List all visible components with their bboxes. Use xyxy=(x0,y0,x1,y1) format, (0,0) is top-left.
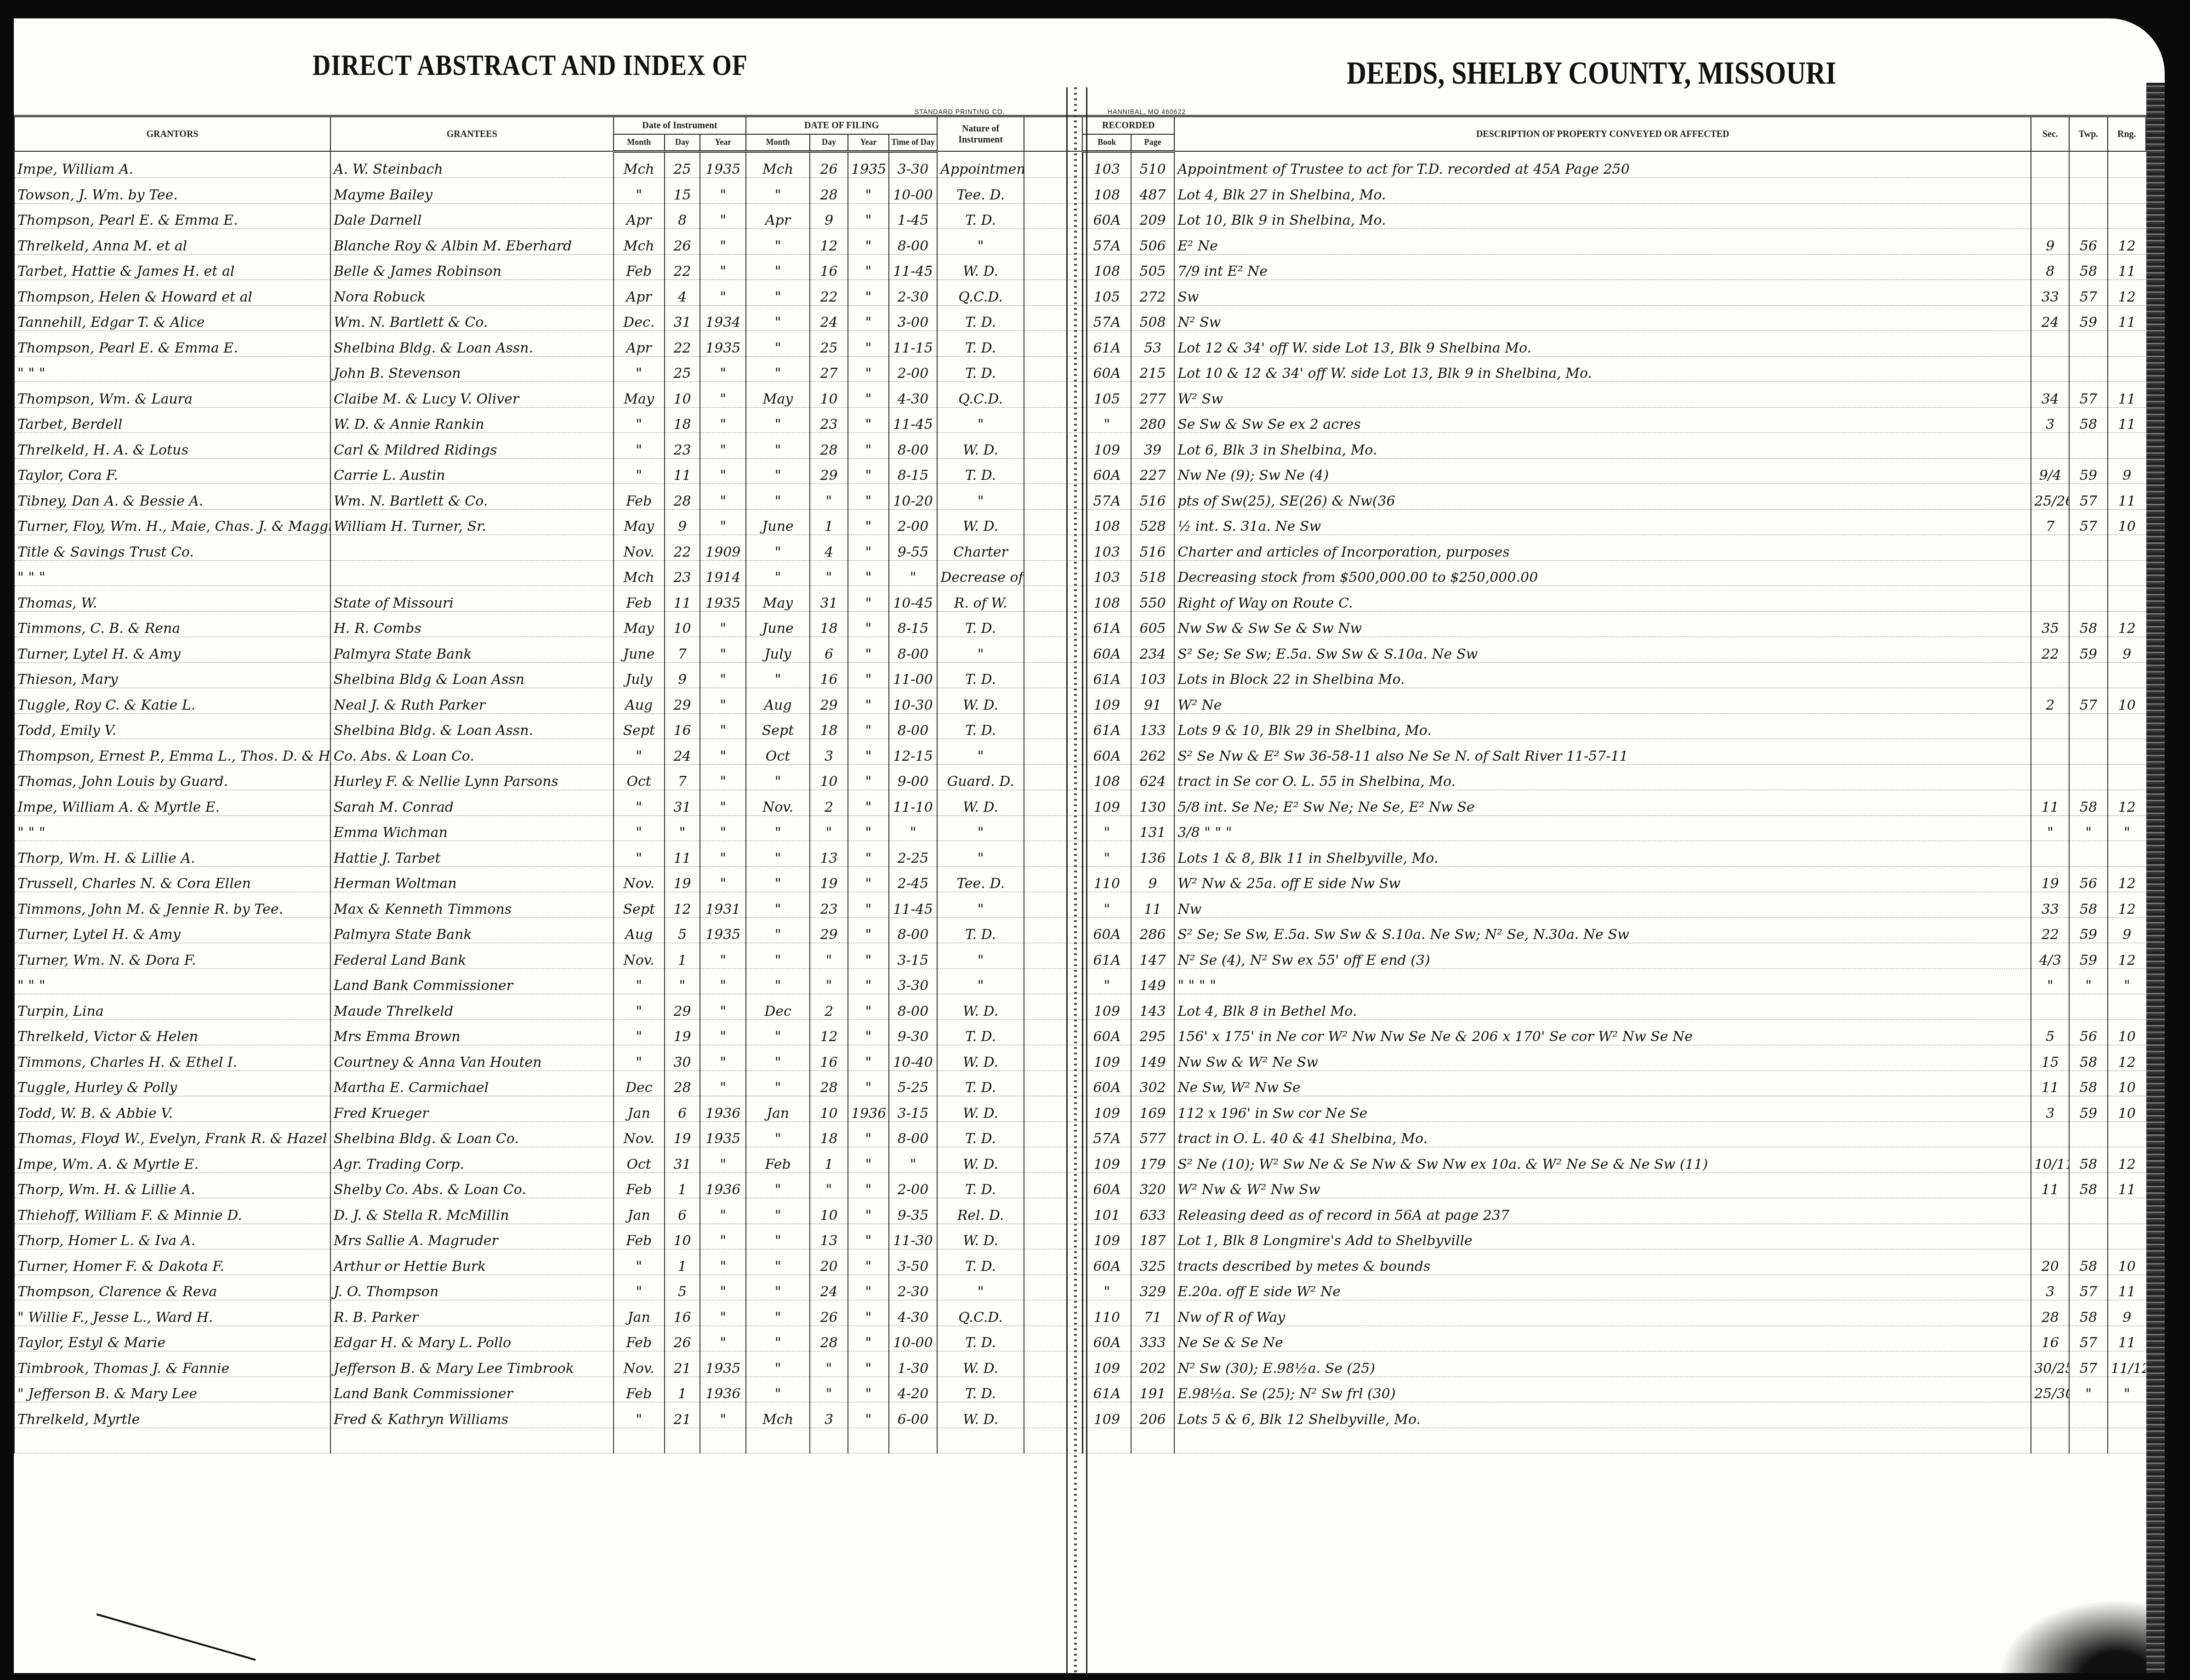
filing-day-cell: 23 xyxy=(810,892,848,918)
range-cell: 11 xyxy=(2108,1326,2146,1351)
grantor-cell: Turner, Lytel H. & Amy xyxy=(14,637,330,663)
filing-year-cell: " xyxy=(848,1326,889,1351)
instrument-day-cell: 15 xyxy=(665,178,700,204)
grantee-cell: Carrie L. Austin xyxy=(330,458,614,484)
filing-time-cell: 11-30 xyxy=(889,1224,937,1249)
filing-time-cell: 9-35 xyxy=(889,1198,937,1224)
description-cell: Decreasing stock from $500,000.00 to $25… xyxy=(1174,560,2031,586)
page-cell: 130 xyxy=(1131,790,1174,816)
township-cell xyxy=(2069,178,2107,204)
township-cell xyxy=(2069,1224,2107,1249)
range-cell: 11 xyxy=(2108,484,2146,510)
section-cell: " xyxy=(2031,968,2069,994)
filing-time-cell xyxy=(889,1428,937,1453)
col-twp: Twp. xyxy=(2069,116,2107,152)
col-filing-year: Year xyxy=(848,134,889,151)
description-cell: Lot 4, Blk 27 in Shelbina, Mo. xyxy=(1174,178,2031,204)
range-cell: 12 xyxy=(2108,1045,2146,1071)
filing-day-cell xyxy=(810,1428,848,1453)
grantor-cell: Turner, Wm. N. & Dora F. xyxy=(14,943,330,969)
range-cell: 11 xyxy=(2108,305,2146,331)
filing-year-cell: " xyxy=(848,1147,889,1173)
section-cell: 11 xyxy=(2031,1071,2069,1096)
instrument-year-cell: " xyxy=(700,229,746,255)
description-cell: Nw of R of Way xyxy=(1174,1300,2031,1326)
grantee-cell: Blanche Roy & Albin M. Eberhard xyxy=(330,229,614,255)
nature-cell: " xyxy=(937,841,1024,867)
instrument-month-cell: May xyxy=(614,611,665,637)
filing-month-cell: May xyxy=(746,382,810,408)
instrument-month-cell: Nov. xyxy=(614,1351,665,1377)
township-cell xyxy=(2069,994,2107,1020)
description-cell: 5/8 int. Se Ne; E² Sw Ne; Ne Se, E² Nw S… xyxy=(1174,790,2031,816)
col-filing-day: Day xyxy=(810,134,848,151)
instrument-month-cell: " xyxy=(614,1045,665,1071)
instrument-day-cell: 22 xyxy=(665,331,700,357)
filing-time-cell: 2-45 xyxy=(889,866,937,892)
instrument-year-cell: 1931 xyxy=(700,892,746,918)
instrument-month-cell: Oct xyxy=(614,1147,665,1173)
range-cell xyxy=(2108,356,2146,382)
instrument-year-cell: " xyxy=(700,1275,746,1300)
instrument-day-cell: 21 xyxy=(665,1402,700,1428)
section-cell: 5 xyxy=(2031,1019,2069,1045)
grantee-cell: Federal Land Bank xyxy=(330,943,614,969)
nature-cell: Charter xyxy=(937,535,1024,561)
book-cell: 109 xyxy=(1082,1096,1131,1122)
instrument-year-cell: " xyxy=(700,407,746,433)
filing-year-cell: " xyxy=(848,994,889,1020)
page-cell: 272 xyxy=(1131,280,1174,306)
grantee-cell: Courtney & Anna Van Houten xyxy=(330,1045,614,1071)
filing-year-cell: " xyxy=(848,866,889,892)
instrument-month-cell: Dec xyxy=(614,1071,665,1096)
description-cell: Sw xyxy=(1174,280,2031,306)
filing-day-cell: 18 xyxy=(810,713,848,739)
nature-cell: " xyxy=(937,407,1024,433)
filing-year-cell: " xyxy=(848,1173,889,1198)
book-cell: 109 xyxy=(1082,688,1131,714)
township-cell: 57 xyxy=(2069,1275,2107,1300)
instrument-year-cell: 1935 xyxy=(700,1122,746,1147)
instrument-day-cell: 10 xyxy=(665,382,700,408)
filing-time-cell: 10-00 xyxy=(889,178,937,204)
page-title-left: DIRECT ABSTRACT AND INDEX OF xyxy=(313,48,748,82)
filing-time-cell: 2-00 xyxy=(889,509,937,535)
instrument-day-cell: 23 xyxy=(665,560,700,586)
page-cell xyxy=(1131,1428,1174,1453)
col-inst-day: Day xyxy=(665,134,700,151)
filing-month-cell: May xyxy=(746,586,810,612)
filing-month-cell: June xyxy=(746,611,810,637)
section-cell xyxy=(2031,586,2069,612)
range-cell: 10 xyxy=(2108,1071,2146,1096)
filing-month-cell: Jan xyxy=(746,1096,810,1122)
page-cell: 624 xyxy=(1131,764,1174,790)
township-cell xyxy=(2069,1402,2107,1428)
filing-day-cell: 4 xyxy=(810,535,848,561)
filing-year-cell: " xyxy=(848,356,889,382)
instrument-year-cell: 1909 xyxy=(700,535,746,561)
col-description: DESCRIPTION OF PROPERTY CONVEYED OR AFFE… xyxy=(1174,116,2031,152)
instrument-month-cell: Apr xyxy=(614,203,665,229)
instrument-year-cell: " xyxy=(700,841,746,867)
description-cell: S² Se Nw & E² Sw 36-58-11 also Ne Se N. … xyxy=(1174,739,2031,765)
filing-day-cell: 28 xyxy=(810,178,848,204)
grantor-cell: Thiehoff, William F. & Minnie D. xyxy=(14,1198,330,1224)
printer-imprint-right: HANNIBAL, MO 460622 xyxy=(1108,108,1186,115)
instrument-day-cell: 5 xyxy=(665,917,700,943)
range-cell xyxy=(2108,994,2146,1020)
range-cell: 12 xyxy=(2108,280,2146,306)
description-cell: 3/8 " " " xyxy=(1174,815,2031,841)
description-cell: Lot 4, Blk 8 in Bethel Mo. xyxy=(1174,994,2031,1020)
description-cell: S² Se; Se Sw, E.5a. Sw Sw & S.10a. Ne Sw… xyxy=(1174,917,2031,943)
instrument-month-cell: " xyxy=(614,815,665,841)
page-cell: 149 xyxy=(1131,968,1174,994)
instrument-month-cell: Apr xyxy=(614,331,665,357)
township-cell xyxy=(2069,764,2107,790)
book-cell: 60A xyxy=(1082,637,1131,663)
filing-day-cell: 22 xyxy=(810,280,848,306)
book-cell: 60A xyxy=(1082,739,1131,765)
filing-time-cell: 2-00 xyxy=(889,356,937,382)
page-cell: 147 xyxy=(1131,943,1174,969)
description-cell: E.20a. off E side W² Ne xyxy=(1174,1275,2031,1300)
instrument-day-cell: " xyxy=(665,815,700,841)
page-cell: 516 xyxy=(1131,535,1174,561)
instrument-year-cell: " xyxy=(700,356,746,382)
filing-day-cell: " xyxy=(810,968,848,994)
description-cell: Releasing deed as of record in 56A at pa… xyxy=(1174,1198,2031,1224)
page-cell: 280 xyxy=(1131,407,1174,433)
filing-month-cell: " xyxy=(746,662,810,688)
col-grantees: GRANTEES xyxy=(330,116,614,152)
filing-time-cell: 10-20 xyxy=(889,484,937,510)
grantor-cell: Tarbet, Berdell xyxy=(14,407,330,433)
filing-time-cell: 11-45 xyxy=(889,892,937,918)
instrument-month-cell: Sept xyxy=(614,892,665,918)
instrument-year-cell: " xyxy=(700,1300,746,1326)
instrument-day-cell: 11 xyxy=(665,586,700,612)
book-cell: 57A xyxy=(1082,1122,1131,1147)
filing-year-cell: " xyxy=(848,815,889,841)
range-cell xyxy=(2108,1224,2146,1249)
nature-cell: Guard. D. xyxy=(937,764,1024,790)
filing-year-cell: " xyxy=(848,1300,889,1326)
grantor-cell: Thompson, Clarence & Reva xyxy=(14,1275,330,1300)
book-cell: 103 xyxy=(1082,151,1131,178)
township-cell: 58 xyxy=(2069,1045,2107,1071)
filing-time-cell: 8-00 xyxy=(889,994,937,1020)
range-cell: 10 xyxy=(2108,1096,2146,1122)
grantee-cell: Land Bank Commissioner xyxy=(330,968,614,994)
instrument-year-cell: " xyxy=(700,1402,746,1428)
grantee-cell: Jefferson B. & Mary Lee Timbrook xyxy=(330,1351,614,1377)
filing-month-cell: " xyxy=(746,841,810,867)
instrument-year-cell: 1935 xyxy=(700,586,746,612)
section-cell: 28 xyxy=(2031,1300,2069,1326)
instrument-month-cell: July xyxy=(614,662,665,688)
page-cell: 202 xyxy=(1131,1351,1174,1377)
filing-year-cell: " xyxy=(848,739,889,765)
description-cell: W² Nw & W² Nw Sw xyxy=(1174,1173,2031,1198)
grantor-cell: Tarbet, Hattie & James H. et al xyxy=(14,254,330,280)
instrument-day-cell: 9 xyxy=(665,509,700,535)
description-cell: Lots in Block 22 in Shelbina Mo. xyxy=(1174,662,2031,688)
page-cell: 516 xyxy=(1131,484,1174,510)
grantor-cell: Thompson, Wm. & Laura xyxy=(14,382,330,408)
filing-year-cell: " xyxy=(848,407,889,433)
filing-time-cell: 11-15 xyxy=(889,331,937,357)
description-cell: N² Sw (30); E.98½a. Se (25) xyxy=(1174,1351,2031,1377)
page-cell: 143 xyxy=(1131,994,1174,1020)
col-inst-year: Year xyxy=(700,134,746,151)
grantee-cell: Neal J. & Ruth Parker xyxy=(330,688,614,714)
instrument-year-cell: " xyxy=(700,1147,746,1173)
instrument-day-cell: 11 xyxy=(665,458,700,484)
col-filing-month: Month xyxy=(746,134,810,151)
instrument-month-cell: Jan xyxy=(614,1300,665,1326)
filing-day-cell: 13 xyxy=(810,1224,848,1249)
filing-month-cell: Sept xyxy=(746,713,810,739)
section-cell xyxy=(2031,356,2069,382)
page-cell: 215 xyxy=(1131,356,1174,382)
range-cell xyxy=(2108,1402,2146,1428)
page-cell: 179 xyxy=(1131,1147,1174,1173)
page-cell: 131 xyxy=(1131,815,1174,841)
page-cell: 53 xyxy=(1131,331,1174,357)
filing-month-cell: July xyxy=(746,637,810,663)
nature-cell: T. D. xyxy=(937,356,1024,382)
range-cell xyxy=(2108,178,2146,204)
grantor-cell: " " " xyxy=(14,968,330,994)
book-cell: 109 xyxy=(1082,433,1131,459)
nature-cell: T. D. xyxy=(937,1071,1024,1096)
filing-year-cell: " xyxy=(848,1224,889,1249)
section-cell: 22 xyxy=(2031,917,2069,943)
filing-month-cell: " xyxy=(746,356,810,382)
range-cell: 11/12 xyxy=(2108,1351,2146,1377)
range-cell: 9 xyxy=(2108,917,2146,943)
nature-cell: T. D. xyxy=(937,458,1024,484)
description-cell: Nw Sw & Sw Se & Sw Nw xyxy=(1174,611,2031,637)
instrument-year-cell: " xyxy=(700,790,746,816)
grantor-cell: Timmons, John M. & Jennie R. by Tee. xyxy=(14,892,330,918)
range-cell: " xyxy=(2108,968,2146,994)
filing-time-cell: 11-00 xyxy=(889,662,937,688)
filing-month-cell: " xyxy=(746,229,810,255)
filing-day-cell: 29 xyxy=(810,688,848,714)
filing-time-cell: 3-15 xyxy=(889,943,937,969)
section-cell: 9 xyxy=(2031,229,2069,255)
instrument-day-cell: 7 xyxy=(665,764,700,790)
book-cell: 60A xyxy=(1082,1249,1131,1275)
filing-time-cell: 1-30 xyxy=(889,1351,937,1377)
grantor-cell: Thorp, Wm. H. & Lillie A. xyxy=(14,841,330,867)
filing-year-cell: " xyxy=(848,637,889,663)
township-cell xyxy=(2069,203,2107,229)
nature-cell: " xyxy=(937,892,1024,918)
instrument-day-cell: 4 xyxy=(665,280,700,306)
filing-year-cell: " xyxy=(848,1275,889,1300)
book-cell: 101 xyxy=(1082,1198,1131,1224)
grantee-cell: H. R. Combs xyxy=(330,611,614,637)
nature-cell: W. D. xyxy=(937,790,1024,816)
instrument-year-cell: " xyxy=(700,458,746,484)
instrument-day-cell: 6 xyxy=(665,1198,700,1224)
filing-year-cell: " xyxy=(848,509,889,535)
nature-cell: W. D. xyxy=(937,994,1024,1020)
book-cell: 60A xyxy=(1082,356,1131,382)
grantee-cell: Co. Abs. & Loan Co. xyxy=(330,739,614,765)
grantor-cell: Tibney, Dan A. & Bessie A. xyxy=(14,484,330,510)
filing-day-cell: 23 xyxy=(810,407,848,433)
grantee-cell: D. J. & Stella R. McMillin xyxy=(330,1198,614,1224)
filing-year-cell: " xyxy=(848,713,889,739)
instrument-year-cell: " xyxy=(700,688,746,714)
filing-month-cell: " xyxy=(746,484,810,510)
filing-time-cell: 5-25 xyxy=(889,1071,937,1096)
instrument-month-cell: " xyxy=(614,994,665,1020)
description-cell: Lot 10, Blk 9 in Shelbina, Mo. xyxy=(1174,203,2031,229)
page-stain xyxy=(1999,1600,2146,1673)
book-cell: " xyxy=(1082,968,1131,994)
filing-time-cell: 3-30 xyxy=(889,968,937,994)
filing-year-cell: " xyxy=(848,203,889,229)
filing-day-cell: 2 xyxy=(810,994,848,1020)
grantee-cell: Land Bank Commissioner xyxy=(330,1377,614,1402)
instrument-month-cell: Apr xyxy=(614,280,665,306)
grantee-cell: Emma Wichman xyxy=(330,815,614,841)
instrument-month-cell: Sept xyxy=(614,713,665,739)
filing-year-cell: " xyxy=(848,892,889,918)
section-cell xyxy=(2031,178,2069,204)
township-cell: 58 xyxy=(2069,892,2107,918)
filing-time-cell: 8-15 xyxy=(889,458,937,484)
nature-cell: W. D. xyxy=(937,433,1024,459)
filing-day-cell: 28 xyxy=(810,433,848,459)
col-book: Book xyxy=(1082,134,1131,151)
grantor-cell: Thomas, W. xyxy=(14,586,330,612)
grantee-cell: Shelbina Bldg & Loan Assn xyxy=(330,662,614,688)
instrument-year-cell: " xyxy=(700,994,746,1020)
page-title-right: DEEDS, SHELBY COUNTY, MISSOURI xyxy=(1347,55,1836,92)
grantor-cell: Towson, J. Wm. by Tee. xyxy=(14,178,330,204)
instrument-year-cell: 1936 xyxy=(700,1096,746,1122)
grantor-cell: Trussell, Charles N. & Cora Ellen xyxy=(14,866,330,892)
section-cell: 4/3 xyxy=(2031,943,2069,969)
instrument-year-cell: " xyxy=(700,1224,746,1249)
description-cell: Lots 1 & 8, Blk 11 in Shelbyville, Mo. xyxy=(1174,841,2031,867)
range-cell: 10 xyxy=(2108,688,2146,714)
grantor-cell: Threlkeld, Victor & Helen xyxy=(14,1019,330,1045)
filing-month-cell: Feb xyxy=(746,1147,810,1173)
page-cell: 325 xyxy=(1131,1249,1174,1275)
section-cell: 7 xyxy=(2031,509,2069,535)
instrument-month-cell: " xyxy=(614,458,665,484)
page-cell: 187 xyxy=(1131,1224,1174,1249)
filing-time-cell: 9-30 xyxy=(889,1019,937,1045)
township-cell: " xyxy=(2069,1377,2107,1402)
grantee-cell xyxy=(330,535,614,561)
grantor-cell: Thompson, Helen & Howard et al xyxy=(14,280,330,306)
grantor-cell: Turner, Homer F. & Dakota F. xyxy=(14,1249,330,1275)
instrument-month-cell: " xyxy=(614,1019,665,1045)
book-cell: 61A xyxy=(1082,1377,1131,1402)
book-cell: " xyxy=(1082,407,1131,433)
range-cell: 10 xyxy=(2108,509,2146,535)
section-cell: 15 xyxy=(2031,1045,2069,1071)
grantor-cell: " Willie F., Jesse L., Ward H. xyxy=(14,1300,330,1326)
filing-time-cell: 8-00 xyxy=(889,229,937,255)
page-cell: 227 xyxy=(1131,458,1174,484)
filing-day-cell: 29 xyxy=(810,917,848,943)
instrument-month-cell: Feb xyxy=(614,586,665,612)
book-cell: 57A xyxy=(1082,305,1131,331)
instrument-month-cell: Mch xyxy=(614,151,665,178)
township-cell xyxy=(2069,151,2107,178)
col-filing-time: Time of Day xyxy=(889,134,937,151)
col-grantors: GRANTORS xyxy=(14,116,330,152)
nature-cell: W. D. xyxy=(937,1096,1024,1122)
filing-time-cell: 3-15 xyxy=(889,1096,937,1122)
instrument-month-cell: " xyxy=(614,1275,665,1300)
nature-cell: W. D. xyxy=(937,509,1024,535)
filing-time-cell: 2-00 xyxy=(889,1173,937,1198)
range-cell: " xyxy=(2108,1377,2146,1402)
page-cell: 136 xyxy=(1131,841,1174,867)
description-cell: Lot 10 & 12 & 34' off W. side Lot 13, Bl… xyxy=(1174,356,2031,382)
book-cell: 61A xyxy=(1082,331,1131,357)
book-cell: 110 xyxy=(1082,1300,1131,1326)
ink-flourish xyxy=(96,1613,256,1661)
page-cell: 209 xyxy=(1131,203,1174,229)
instrument-month-cell: Mch xyxy=(614,229,665,255)
filing-time-cell: " xyxy=(889,1147,937,1173)
nature-cell: T. D. xyxy=(937,1249,1024,1275)
nature-cell: Q.C.D. xyxy=(937,382,1024,408)
range-cell: 10 xyxy=(2108,1019,2146,1045)
range-cell xyxy=(2108,203,2146,229)
township-cell: 58 xyxy=(2069,790,2107,816)
filing-time-cell: 10-45 xyxy=(889,586,937,612)
filing-month-cell: " xyxy=(746,331,810,357)
filing-time-cell: 2-30 xyxy=(889,280,937,306)
book-cell: " xyxy=(1082,841,1131,867)
grantor-cell: Turner, Floy, Wm. H., Maie, Chas. J. & M… xyxy=(14,509,330,535)
page-cell: 9 xyxy=(1131,866,1174,892)
instrument-year-cell: " xyxy=(700,637,746,663)
page-cell: 39 xyxy=(1131,433,1174,459)
grantor-cell: Tuggle, Hurley & Polly xyxy=(14,1071,330,1096)
filing-time-cell: 8-00 xyxy=(889,917,937,943)
grantee-cell: Martha E. Carmichael xyxy=(330,1071,614,1096)
book-cell: 60A xyxy=(1082,1019,1131,1045)
instrument-year-cell: " xyxy=(700,382,746,408)
grantee-cell xyxy=(330,1428,614,1453)
filing-year-cell: " xyxy=(848,1071,889,1096)
instrument-day-cell xyxy=(665,1428,700,1453)
instrument-month-cell: Aug xyxy=(614,688,665,714)
description-cell: 156' x 175' in Ne cor W² Nw Nw Se Ne & 2… xyxy=(1174,1019,2031,1045)
filing-month-cell: " xyxy=(746,535,810,561)
section-cell xyxy=(2031,151,2069,178)
township-cell xyxy=(2069,1122,2107,1147)
filing-month-cell: " xyxy=(746,407,810,433)
nature-cell: " xyxy=(937,229,1024,255)
grantee-cell: R. B. Parker xyxy=(330,1300,614,1326)
